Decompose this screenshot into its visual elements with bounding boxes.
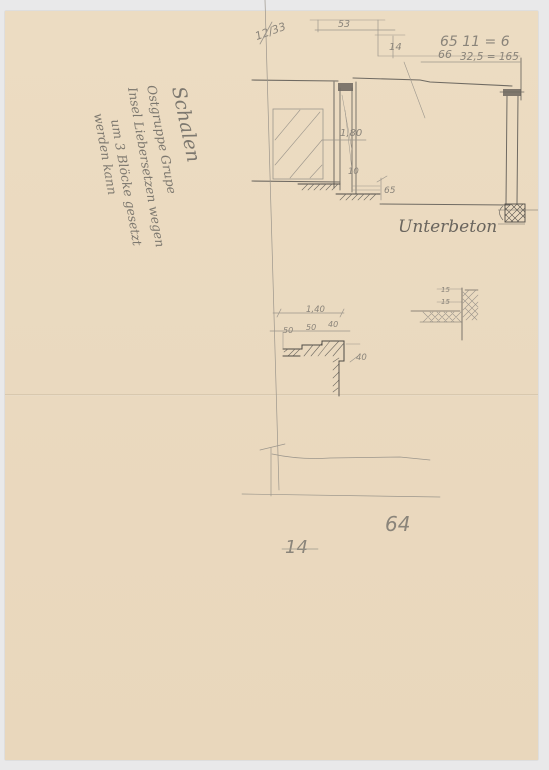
- column-hatch: [342, 95, 352, 150]
- panel-hatch: [275, 110, 300, 140]
- dim-53-label: 53: [338, 19, 350, 30]
- top-beam-line: [353, 78, 512, 86]
- footing-crosshatch: [498, 204, 538, 224]
- step-detail: 1,40 50 50 40 40: [270, 305, 367, 396]
- dim-10-label: 10: [348, 167, 359, 177]
- dim-180-label: 1,80: [340, 128, 362, 139]
- calc-line-2-prefix: 66: [438, 48, 452, 61]
- dim-height-label: 40: [356, 353, 367, 363]
- section-drawing: 1,80 10 65: [252, 62, 538, 237]
- sketch-bottom-line: [242, 494, 440, 497]
- dim-tick: [260, 444, 285, 450]
- dim-a-label: 50: [283, 326, 293, 335]
- corner-hatch: [463, 290, 478, 320]
- construction-line: [404, 62, 425, 118]
- top-annotations: 12/33 53 14 65 11 = 6 66 32,5 = 165: [253, 19, 521, 100]
- corner-dim-b: 15: [441, 298, 450, 306]
- dim-b-label: 50: [306, 323, 316, 332]
- corner-detail: 15 15: [411, 286, 478, 340]
- dim-tick: [265, 0, 279, 490]
- margin-note: Schalen Ostgruppe Grupe Insel Liebersetz…: [91, 84, 205, 249]
- page-number-left: 14: [285, 537, 308, 558]
- sketch-canvas: Schalen Ostgruppe Grupe Insel Liebersetz…: [0, 0, 549, 770]
- page-number-right: 64: [385, 512, 410, 536]
- calc-line-2: 32,5 = 165: [460, 51, 519, 63]
- floor-line: [252, 181, 340, 182]
- sheet-reference: 12/33: [253, 20, 287, 43]
- dim-140-label: 1,40: [306, 305, 325, 315]
- panel-hatch: [310, 165, 322, 178]
- dim-tick: [377, 176, 387, 182]
- column-edge: [506, 96, 507, 204]
- step-profile: [283, 341, 344, 361]
- column-edge: [517, 96, 518, 204]
- corner-crosshatch: [423, 312, 461, 322]
- unterbeton-label: Unterbeton: [398, 217, 497, 237]
- floor-line-right: [380, 204, 510, 205]
- sketch-top-line: [272, 454, 430, 460]
- panel-hatch: [275, 112, 320, 165]
- panel-hatch: [290, 140, 322, 178]
- dim-65-label: 65: [384, 186, 396, 196]
- wall-hatch: [333, 358, 339, 392]
- corner-dim-a: 15: [441, 286, 450, 294]
- dim-14-label: 14: [389, 42, 402, 53]
- column-cap-right: [503, 89, 521, 96]
- ground-hatch: [298, 184, 380, 200]
- dim-c-label: 40: [328, 320, 338, 329]
- top-beam-line: [252, 80, 338, 81]
